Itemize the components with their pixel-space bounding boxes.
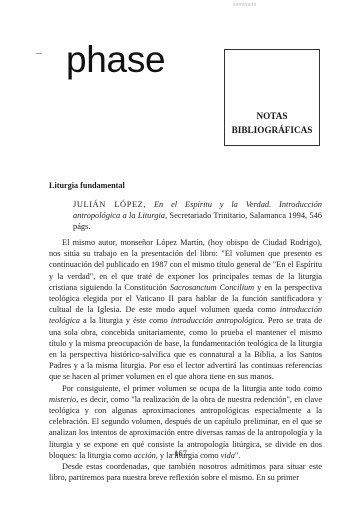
section-title-box: NOTAS BIBLIOGRÁFICAS: [224, 49, 320, 146]
review-body: El mismo autor, monseñor López Martín, (…: [49, 237, 322, 483]
section-title-line2: BIBLIOGRÁFICAS: [225, 123, 319, 137]
book-citation: JULIÁN LÓPEZ, En el Espíritu y la Verdad…: [73, 199, 322, 232]
margin-mark: [36, 53, 42, 54]
italic-run: Sacrosanctum Concilium: [170, 283, 254, 292]
paragraph: El mismo autor, monseñor López Martín, (…: [49, 237, 322, 383]
journal-logo: phase: [66, 40, 165, 80]
italic-run: misterio,: [49, 395, 78, 404]
text-run: Desde estas coordenadas, que también nos…: [49, 462, 322, 482]
section-title: NOTAS BIBLIOGRÁFICAS: [225, 109, 319, 137]
document-page: seminario phase NOTAS BIBLIOGRÁFICAS Lit…: [0, 0, 361, 512]
citation-author: JULIÁN LÓPEZ,: [73, 200, 146, 209]
review-heading: Liturgia fundamental: [49, 181, 125, 190]
paragraph: Desde estas coordenadas, que también nos…: [49, 461, 322, 483]
text-run: Pero se trata de una sola obra, concebid…: [49, 316, 322, 381]
text-run: Por consiguiente, el primer volumen se o…: [62, 384, 322, 393]
page-number: –167–: [0, 448, 361, 458]
italic-run: introducción antropológica.: [171, 316, 265, 325]
text-run: a la liturgia y éste como: [80, 316, 171, 325]
section-title-line1: NOTAS: [225, 109, 319, 123]
library-stamp: seminario: [233, 2, 256, 8]
